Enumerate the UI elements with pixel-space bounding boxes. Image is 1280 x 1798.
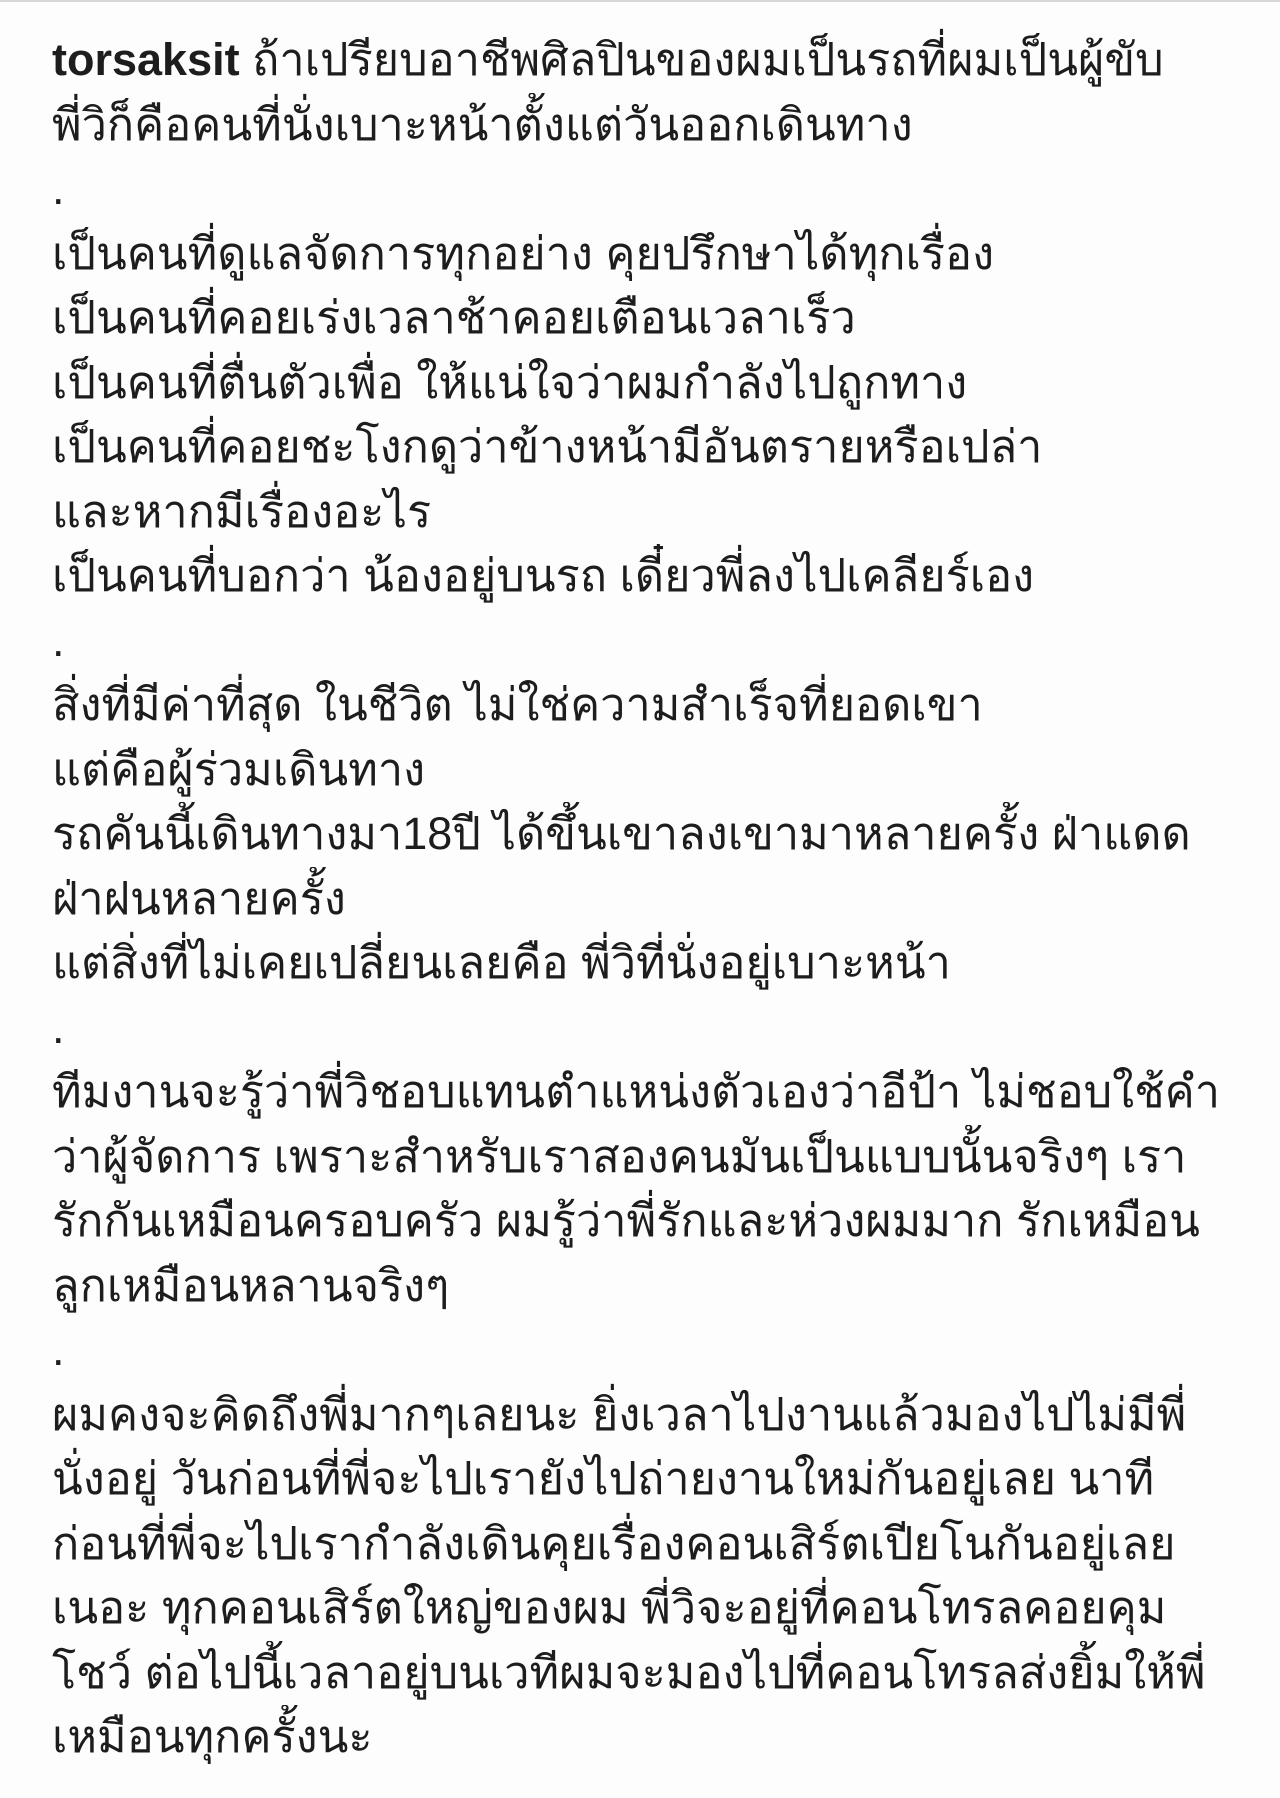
caption-line: พี่วิก็คือคนที่นั่งเบาะหน้าตั้งแต่วันออก… [52, 93, 1244, 158]
caption-line: นั่งอยู่ วันก่อนที่พี่จะไปเรายังไปถ่ายงา… [52, 1447, 1244, 1512]
caption-line: เป็นคนที่บอกว่า น้องอยู่บนรถ เดี๋ยวพี่ลง… [52, 544, 1244, 609]
caption-first-line-text: ถ้าเปรียบอาชีพศิลปินของผมเป็นรถที่ผมเป็น… [252, 34, 1164, 85]
caption-line: และหากมีเรื่องอะไร [52, 480, 1244, 545]
caption-line: ลูกเหมือนหลานจริงๆ [52, 1254, 1244, 1319]
caption-text: torsaksit ถ้าเปรียบอาชีพศิลปินของผมเป็นร… [0, 2, 1280, 1770]
caption-line: เนอะ ทุกคอนเสิร์ตใหญ่ของผม พี่วิจะอยู่ที… [52, 1576, 1244, 1641]
caption-line: สิ่งที่มีค่าที่สุด ในชีวิต ไม่ใช่ความสำเ… [52, 673, 1244, 738]
username-link[interactable]: torsaksit [52, 34, 240, 85]
caption-line: . [52, 609, 1244, 674]
caption-line: . [52, 996, 1244, 1061]
caption-lines: พี่วิก็คือคนที่นั่งเบาะหน้าตั้งแต่วันออก… [52, 93, 1244, 1770]
caption-line: . [52, 1318, 1244, 1383]
caption-line: ว่าผู้จัดการ เพราะสำหรับเราสองคนมันเป็นแ… [52, 1125, 1244, 1190]
caption-line: เป็นคนที่คอยเร่งเวลาช้าคอยเตือนเวลาเร็ว [52, 286, 1244, 351]
caption-line: เหมือนทุกครั้งนะ [52, 1705, 1244, 1770]
caption-line-first: torsaksit ถ้าเปรียบอาชีพศิลปินของผมเป็นร… [52, 28, 1244, 93]
caption-line: . [52, 157, 1244, 222]
caption-line: เป็นคนที่ตื่นตัวเพื่อ ให้แน่ใจว่าผมกำลัง… [52, 351, 1244, 416]
caption-line: ก่อนที่พี่จะไปเรากำลังเดินคุยเรื่องคอนเส… [52, 1512, 1244, 1577]
caption-screenshot: torsaksit ถ้าเปรียบอาชีพศิลปินของผมเป็นร… [0, 0, 1280, 1770]
caption-line: ฝ่าฝนหลายครั้ง [52, 867, 1244, 932]
caption-line: ทีมงานจะรู้ว่าพี่วิชอบแทนตำแหน่งตัวเองว่… [52, 1060, 1244, 1125]
caption-line: แต่สิ่งที่ไม่เคยเปลี่ยนเลยคือ พี่วิที่นั… [52, 931, 1244, 996]
caption-line: โชว์ ต่อไปนี้เวลาอยู่บนเวทีผมจะมองไปที่ค… [52, 1641, 1244, 1706]
caption-line: เป็นคนที่คอยชะโงกดูว่าข้างหน้ามีอันตรายห… [52, 415, 1244, 480]
caption-line: รักกันเหมือนครอบครัว ผมรู้ว่าพี่รักและห่… [52, 1189, 1244, 1254]
caption-line: แต่คือผู้ร่วมเดินทาง [52, 738, 1244, 803]
caption-line: รถคันนี้เดินทางมา18ปี ได้ขึ้นเขาลงเขามาห… [52, 802, 1244, 867]
caption-line: เป็นคนที่ดูแลจัดการทุกอย่าง คุยปรึกษาได้… [52, 222, 1244, 287]
caption-line: ผมคงจะคิดถึงพี่มากๆเลยนะ ยิ่งเวลาไปงานแล… [52, 1383, 1244, 1448]
